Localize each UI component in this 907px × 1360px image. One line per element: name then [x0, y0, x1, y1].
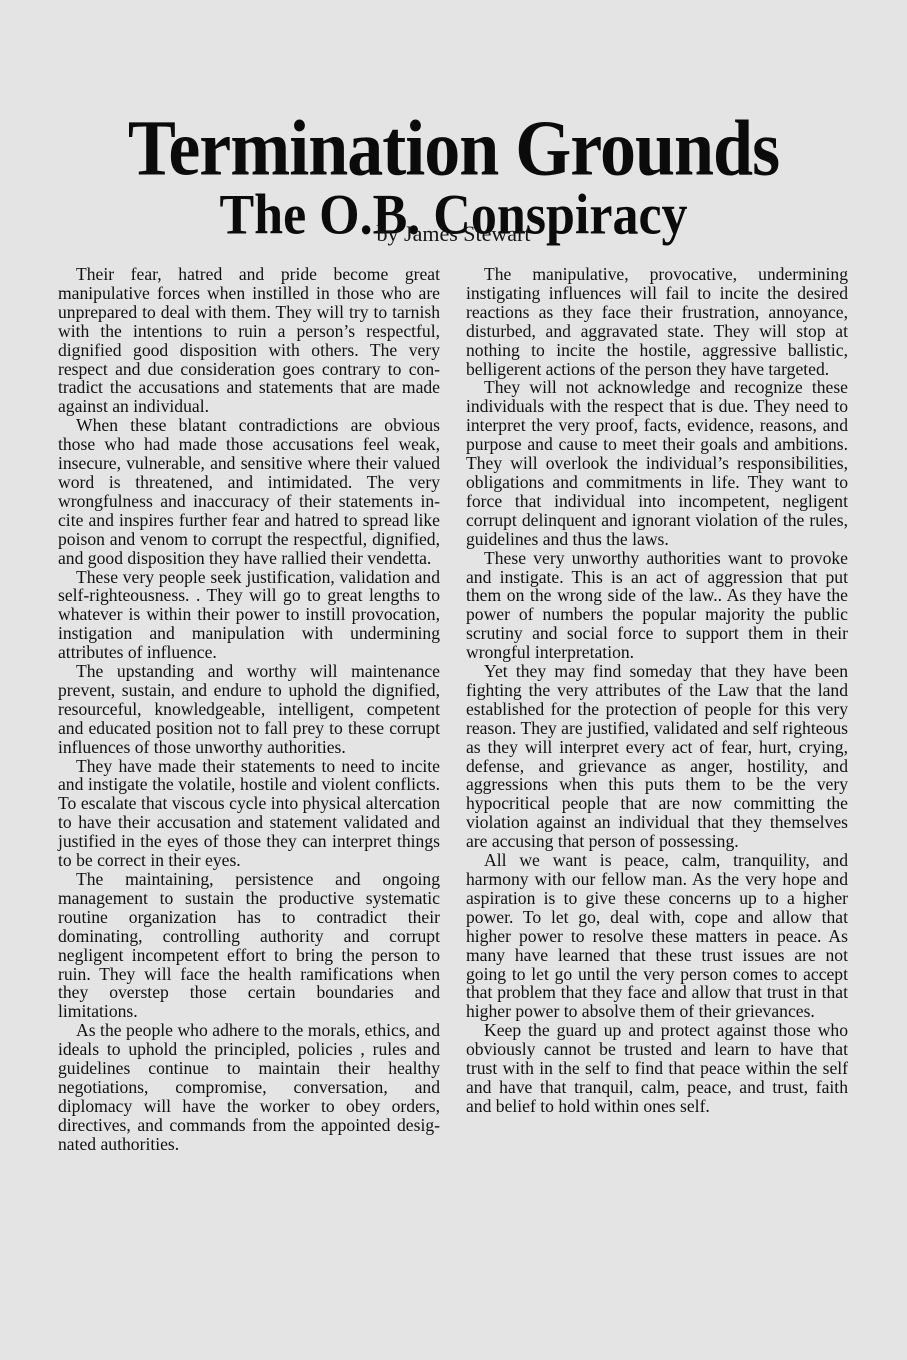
paragraph: All we want is peace, calm, tranquility,…	[466, 851, 848, 1021]
paragraph: The maintaining, persistence and ongo­in…	[58, 870, 440, 1021]
paragraph: They will not acknowledge and recognize …	[466, 378, 848, 548]
article-byline: by James Stewart	[0, 220, 907, 248]
paragraph: Their fear, hatred and pride become grea…	[58, 265, 440, 416]
paragraph: When these blatant contradictions are ob…	[58, 416, 440, 567]
right-column: The manipulative, provocative, undermin­…	[466, 265, 848, 1116]
paragraph: Yet they may find someday that they have…	[466, 662, 848, 851]
paragraph: Keep the guard up and protect against th…	[466, 1021, 848, 1116]
paragraph: As the people who adhere to the morals, …	[58, 1021, 440, 1153]
left-column: Their fear, hatred and pride become grea…	[58, 265, 440, 1154]
paragraph: These very unworthy authorities want to …	[466, 549, 848, 662]
article-title: Termination Grounds	[0, 104, 907, 192]
paragraph: They have made their statements to need …	[58, 757, 440, 870]
paragraph: The upstanding and worthy will mainte­na…	[58, 662, 440, 757]
paragraph: The manipulative, provocative, undermin­…	[466, 265, 848, 378]
paragraph: These very people seek justification, va…	[58, 568, 440, 663]
